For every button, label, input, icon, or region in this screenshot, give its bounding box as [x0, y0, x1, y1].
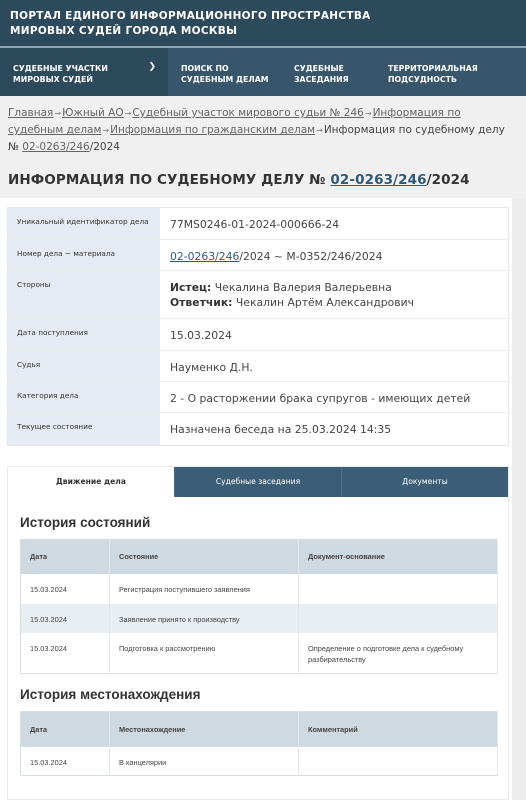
table-row: 15.03.2024 Заявление принято к производс…	[21, 604, 498, 633]
site-title-line2[interactable]: мировых судей города Москвы	[10, 24, 516, 39]
table-row: 15.03.2024 Подготовка к рассмотрению Опр…	[21, 633, 498, 674]
breadcrumb-current-suffix: /2024	[90, 141, 120, 153]
page-gutter	[512, 198, 526, 800]
cell-status: Подготовка к рассмотрению	[110, 633, 299, 674]
plaintiff-name: Чекалина Валерия Валерьевна	[211, 281, 391, 294]
info-value: Истец: Чекалина Валерия Валерьевна Ответ…	[160, 271, 508, 318]
info-label: Номер дела ~ материала	[8, 240, 160, 270]
info-row-judge: Судья Науменко Д.Н.	[8, 351, 508, 382]
main-nav: Судебные участки мировых судей ❯ Поиск п…	[0, 48, 526, 96]
cell-status: Заявление принято к производству	[110, 604, 299, 633]
tab-case-movement[interactable]: Движение дела	[8, 467, 174, 497]
arrow-right-icon: →	[316, 126, 323, 135]
arrow-right-icon: →	[365, 109, 372, 118]
column-header: Состояние	[110, 540, 299, 574]
nav-label-line2: заседания	[294, 74, 368, 85]
info-value: Науменко Д.Н.	[160, 351, 508, 381]
info-value: 2 - О расторжении брака супругов - имеющ…	[160, 382, 508, 412]
info-label: Категория дела	[8, 382, 160, 412]
nav-label-line2: судебным делам	[181, 74, 274, 85]
defendant-label: Ответчик:	[170, 296, 232, 309]
nav-item-hearings[interactable]: Судебные заседания	[284, 48, 378, 96]
page-title-suffix: /2024	[427, 172, 470, 188]
tab-bar: Движение дела Судебные заседания Докумен…	[8, 467, 508, 497]
case-number-rest: /2024 ~ М-0352/246/2024	[239, 250, 382, 263]
location-history-table: Дата Местонахождение Комментарий 15.03.2…	[20, 711, 498, 776]
nav-item-court-districts[interactable]: Судебные участки мировых судей ❯	[0, 48, 168, 96]
info-label: Стороны	[8, 271, 160, 318]
info-label: Уникальный идентификатор дела	[8, 208, 160, 239]
breadcrumb-link-district[interactable]: Южный АО	[62, 107, 124, 119]
chevron-down-icon[interactable]: ❯	[148, 62, 156, 73]
status-history-table: Дата Состояние Документ-основание 15.03.…	[20, 539, 498, 674]
arrow-right-icon: →	[54, 109, 61, 118]
info-value: Назначена беседа на 25.03.2024 14:35	[160, 413, 508, 445]
info-value: 77MS0246-01-2024-000666-24	[160, 208, 508, 239]
nav-label-line1: Поиск по	[181, 63, 274, 74]
table-header-row: Дата Состояние Документ-основание	[21, 540, 498, 574]
cell-date: 15.03.2024	[21, 747, 110, 776]
info-value: 15.03.2024	[160, 319, 508, 350]
cell-comment	[299, 747, 498, 776]
cell-document	[299, 574, 498, 604]
breadcrumb-link-civil-cases[interactable]: Информация по гражданским делам	[110, 124, 315, 136]
info-row-date: Дата поступления 15.03.2024	[8, 319, 508, 351]
column-header: Комментарий	[299, 712, 498, 747]
plaintiff-label: Истец:	[170, 281, 211, 294]
case-number-link[interactable]: 02-0263/246	[170, 250, 239, 263]
arrow-right-icon: →	[102, 126, 109, 135]
nav-label-line2: мировых судей	[13, 74, 158, 85]
defendant-name: Чекалин Артём Александрович	[232, 296, 414, 309]
info-row-uid: Уникальный идентификатор дела 77MS0246-0…	[8, 208, 508, 240]
site-header: Портал единого информационного пространс…	[0, 0, 526, 48]
table-header-row: Дата Местонахождение Комментарий	[21, 712, 498, 747]
page-title-prefix: Информация по судебному делу №	[8, 172, 330, 188]
table-row: 15.03.2024 В канцелярии	[21, 747, 498, 776]
table-row: 15.03.2024 Регистрация поступившего заяв…	[21, 574, 498, 604]
breadcrumb: Главная→Южный АО→Судебный участок мирово…	[0, 96, 526, 155]
column-header: Документ-основание	[299, 540, 498, 574]
tab-hearings[interactable]: Судебные заседания	[174, 467, 341, 497]
case-info-table: Уникальный идентификатор дела 77MS0246-0…	[7, 207, 509, 446]
breadcrumb-link-home[interactable]: Главная	[8, 107, 53, 119]
info-row-category: Категория дела 2 - О расторжении брака с…	[8, 382, 508, 413]
case-tabs-panel: Движение дела Судебные заседания Докумен…	[7, 466, 509, 800]
column-header: Дата	[21, 712, 110, 747]
cell-document: Определение о подготовке дела к судебном…	[299, 633, 498, 674]
nav-item-jurisdiction[interactable]: Территориальная подсудность	[378, 48, 526, 96]
tab-documents[interactable]: Документы	[341, 467, 508, 497]
info-label: Текущее состояние	[8, 413, 160, 445]
cell-date: 15.03.2024	[21, 633, 110, 674]
info-label: Судья	[8, 351, 160, 381]
nav-label-line1: Судебные	[294, 63, 368, 74]
column-header: Местонахождение	[110, 712, 299, 747]
cell-location: В канцелярии	[110, 747, 299, 776]
arrow-right-icon: →	[125, 109, 132, 118]
page-title-case-link[interactable]: 02-0263/246	[330, 172, 426, 188]
column-header: Дата	[21, 540, 110, 574]
status-history-title: История состояний	[20, 515, 150, 530]
location-history-title: История местонахождения	[20, 687, 200, 702]
breadcrumb-link-court[interactable]: Судебный участок мирового судьи № 246	[132, 107, 364, 119]
info-label: Дата поступления	[8, 319, 160, 350]
nav-label-line1: Территориальная	[388, 63, 516, 74]
info-value: 02-0263/246/2024 ~ М-0352/246/2024	[160, 240, 508, 270]
cell-document	[299, 604, 498, 633]
info-row-case-number: Номер дела ~ материала 02-0263/246/2024 …	[8, 240, 508, 271]
nav-label-line2: подсудность	[388, 74, 516, 85]
nav-label-line1: Судебные участки	[13, 63, 158, 74]
cell-date: 15.03.2024	[21, 604, 110, 633]
cell-status: Регистрация поступившего заявления	[110, 574, 299, 604]
info-row-status: Текущее состояние Назначена беседа на 25…	[8, 413, 508, 445]
nav-item-case-search[interactable]: Поиск по судебным делам	[168, 48, 284, 96]
breadcrumb-case-link[interactable]: 02-0263/246	[22, 141, 89, 153]
info-row-parties: Стороны Истец: Чекалина Валерия Валерьев…	[8, 271, 508, 319]
site-title-line1[interactable]: Портал единого информационного пространс…	[10, 9, 516, 24]
cell-date: 15.03.2024	[21, 574, 110, 604]
main-content: Уникальный идентификатор дела 77MS0246-0…	[0, 198, 512, 800]
